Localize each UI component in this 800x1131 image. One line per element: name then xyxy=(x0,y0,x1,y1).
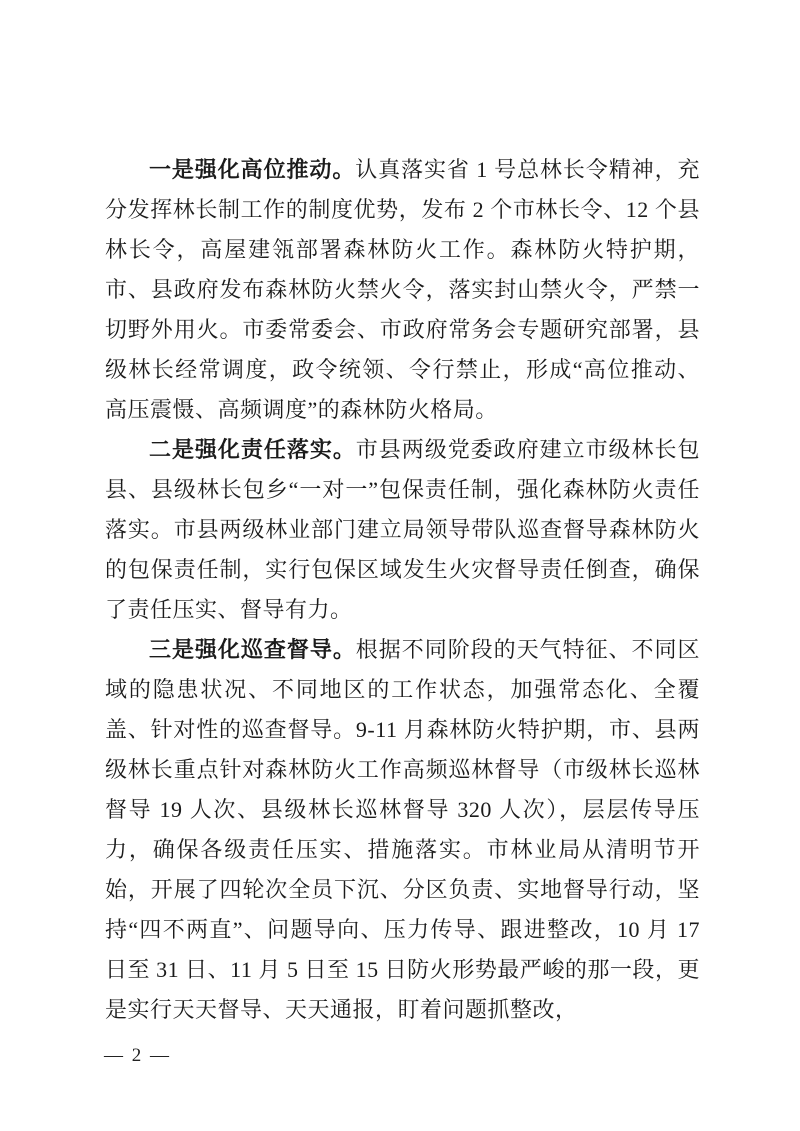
paragraph-high-level-promotion: 一是强化高位推动。认真落实省 1 号总林长令精神，充分发挥林长制工作的制度优势，… xyxy=(105,150,700,430)
paragraph-2-text: 市县两级党委政府建立市级林长包县、县级林长包乡“一对一”包保责任制，强化森林防火… xyxy=(105,437,700,622)
document-page: 一是强化高位推动。认真落实省 1 号总林长令精神，充分发挥林长制工作的制度优势，… xyxy=(0,0,800,1131)
paragraph-1-text: 认真落实省 1 号总林长令精神，充分发挥林长制工作的制度优势，发布 2 个市林长… xyxy=(105,157,700,422)
paragraph-3-text: 根据不同阶段的天气特征、不同区域的隐患状况、不同地区的工作状态，加强常态化、全覆… xyxy=(105,637,700,1022)
paragraph-1-heading: 一是强化高位推动。 xyxy=(149,157,355,182)
paragraph-inspection-supervision: 三是强化巡查督导。根据不同阶段的天气特征、不同区域的隐患状况、不同地区的工作状态… xyxy=(105,630,700,1030)
document-body: 一是强化高位推动。认真落实省 1 号总林长令精神，充分发挥林长制工作的制度优势，… xyxy=(105,150,700,1030)
paragraph-3-heading: 三是强化巡查督导。 xyxy=(149,637,356,662)
page-number: — 2 — xyxy=(104,1045,171,1067)
paragraph-2-heading: 二是强化责任落实。 xyxy=(149,437,356,462)
paragraph-responsibility-implementation: 二是强化责任落实。市县两级党委政府建立市级林长包县、县级林长包乡“一对一”包保责… xyxy=(105,430,700,630)
